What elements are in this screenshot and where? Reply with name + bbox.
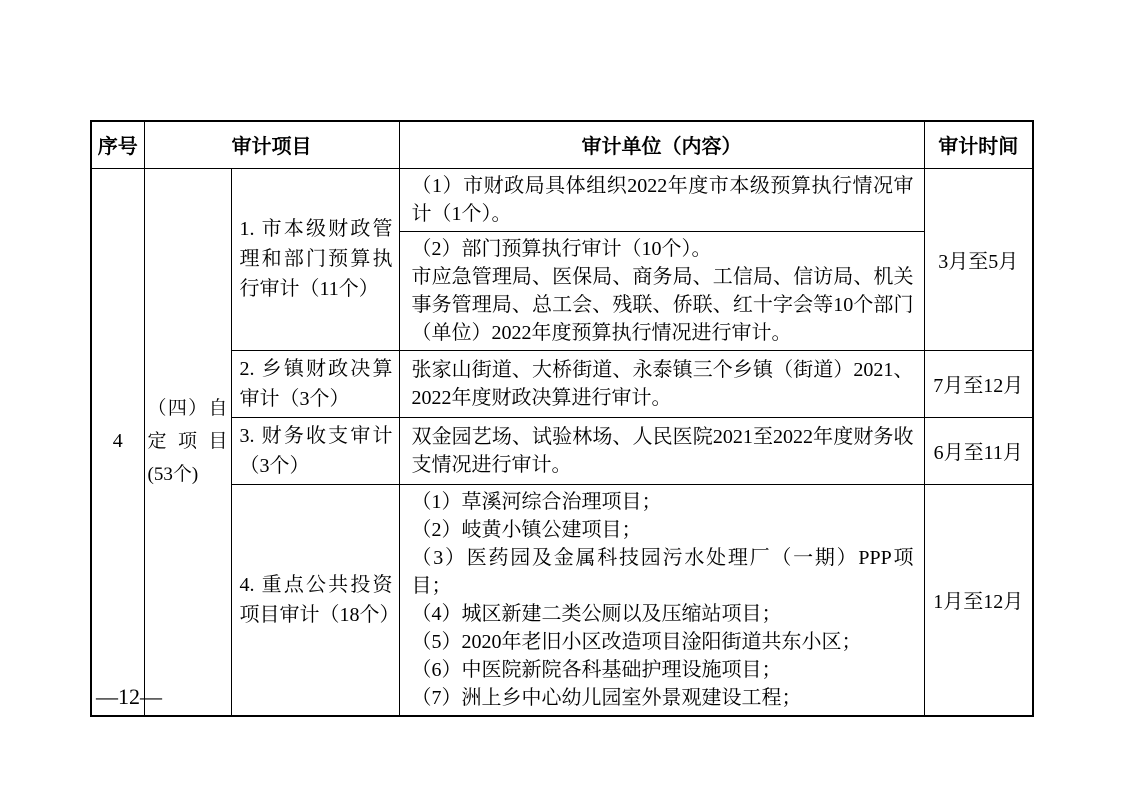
time-cell-1: 3月至5月 (924, 168, 1033, 350)
project-cell-2: 2. 乡镇财政决算审计（3个） (231, 350, 399, 417)
time-cell-3: 6月至11月 (924, 417, 1033, 484)
document-page: 序号 审计项目 审计单位（内容） 审计时间 4 （四）自定项目(53个) 1. … (0, 0, 1122, 793)
serial-no-cell: 4 (91, 168, 144, 716)
time-cell-4: 1月至12月 (924, 484, 1033, 716)
content-cell-1b: （2）部门预算执行审计（10个）。 市应急管理局、医保局、商务局、工信局、信访局… (399, 231, 924, 350)
header-audit-unit: 审计单位（内容） (399, 121, 924, 168)
audit-plan-table: 序号 审计项目 审计单位（内容） 审计时间 4 （四）自定项目(53个) 1. … (90, 120, 1034, 717)
table-row: 2. 乡镇财政决算审计（3个） 张家山街道、大桥街道、永泰镇三个乡镇（街道）20… (91, 350, 1033, 417)
header-audit-time: 审计时间 (924, 121, 1033, 168)
content-cell-4: （1）草溪河综合治理项目； （2）岐黄小镇公建项目； （3）医药园及金属科技园污… (399, 484, 924, 716)
page-number: —12— (96, 684, 162, 710)
table-row: 4. 重点公共投资项目审计（18个） （1）草溪河综合治理项目； （2）岐黄小镇… (91, 484, 1033, 716)
time-cell-2: 7月至12月 (924, 350, 1033, 417)
header-serial-no: 序号 (91, 121, 144, 168)
project-cell-1: 1. 市本级财政管理和部门预算执行审计（11个） (231, 168, 399, 350)
content-cell-1a: （1）市财政局具体组织2022年度市本级预算执行情况审计（1个）。 (399, 168, 924, 231)
content-cell-2: 张家山街道、大桥街道、永泰镇三个乡镇（街道）2021、2022年度财政决算进行审… (399, 350, 924, 417)
content-cell-3: 双金园艺场、试验林场、人民医院2021至2022年度财务收支情况进行审计。 (399, 417, 924, 484)
table-row: 3. 财务收支审计（3个） 双金园艺场、试验林场、人民医院2021至2022年度… (91, 417, 1033, 484)
project-cell-3: 3. 财务收支审计（3个） (231, 417, 399, 484)
project-cell-4: 4. 重点公共投资项目审计（18个） (231, 484, 399, 716)
category-cell: （四）自定项目(53个) (144, 168, 231, 716)
table-row: 4 （四）自定项目(53个) 1. 市本级财政管理和部门预算执行审计（11个） … (91, 168, 1033, 231)
header-audit-project: 审计项目 (144, 121, 399, 168)
table-header-row: 序号 审计项目 审计单位（内容） 审计时间 (91, 121, 1033, 168)
